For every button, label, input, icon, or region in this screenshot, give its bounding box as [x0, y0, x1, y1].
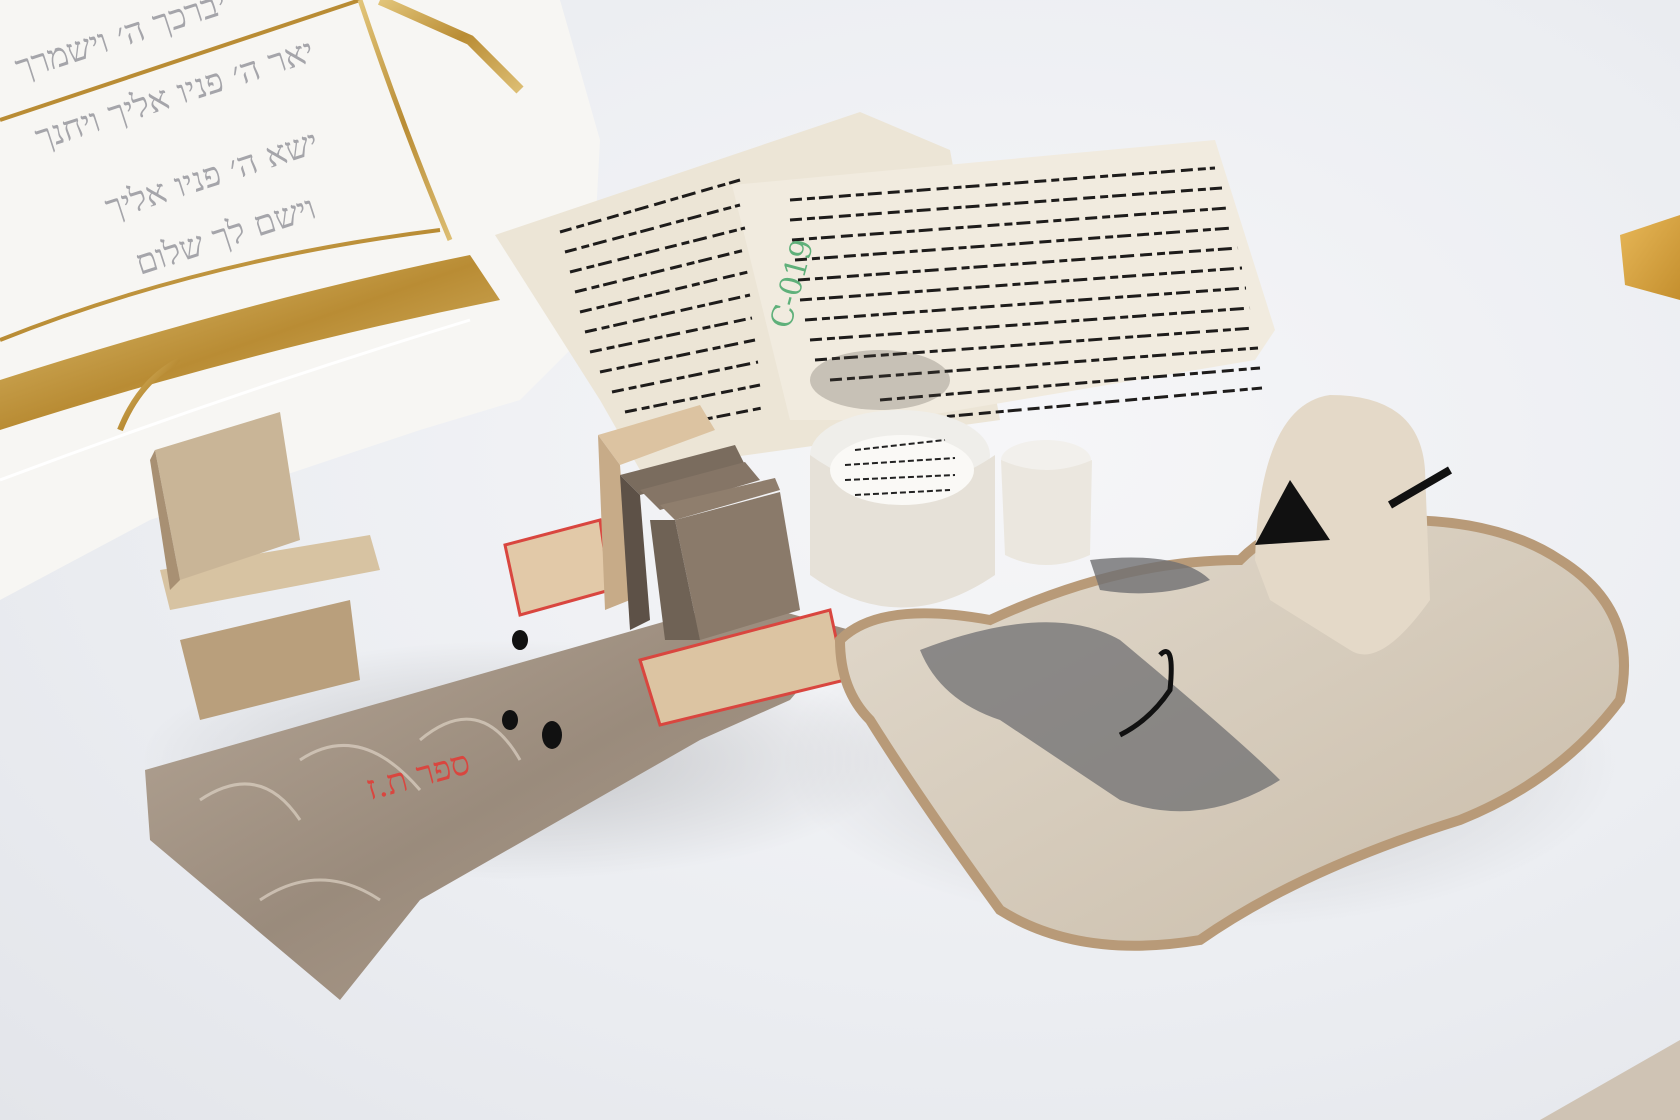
- scroll-small: [1001, 440, 1092, 565]
- scroll-large: [810, 410, 995, 608]
- hand-tefillin-left: [150, 412, 380, 720]
- scene-artwork: יברכך ה׳ וישמרך יאר ה׳ פניו אליך ויחנך י…: [0, 0, 1680, 1120]
- tefillin-bag-pillow: יברכך ה׳ וישמרך יאר ה׳ פניו אליך ויחנך י…: [0, 0, 600, 600]
- fabric-corner: [1540, 1040, 1680, 1120]
- wooden-block: [1620, 215, 1680, 300]
- photo-scene: יברכך ה׳ וישמרך יאר ה׳ פניו אליך ויחנך י…: [0, 0, 1680, 1120]
